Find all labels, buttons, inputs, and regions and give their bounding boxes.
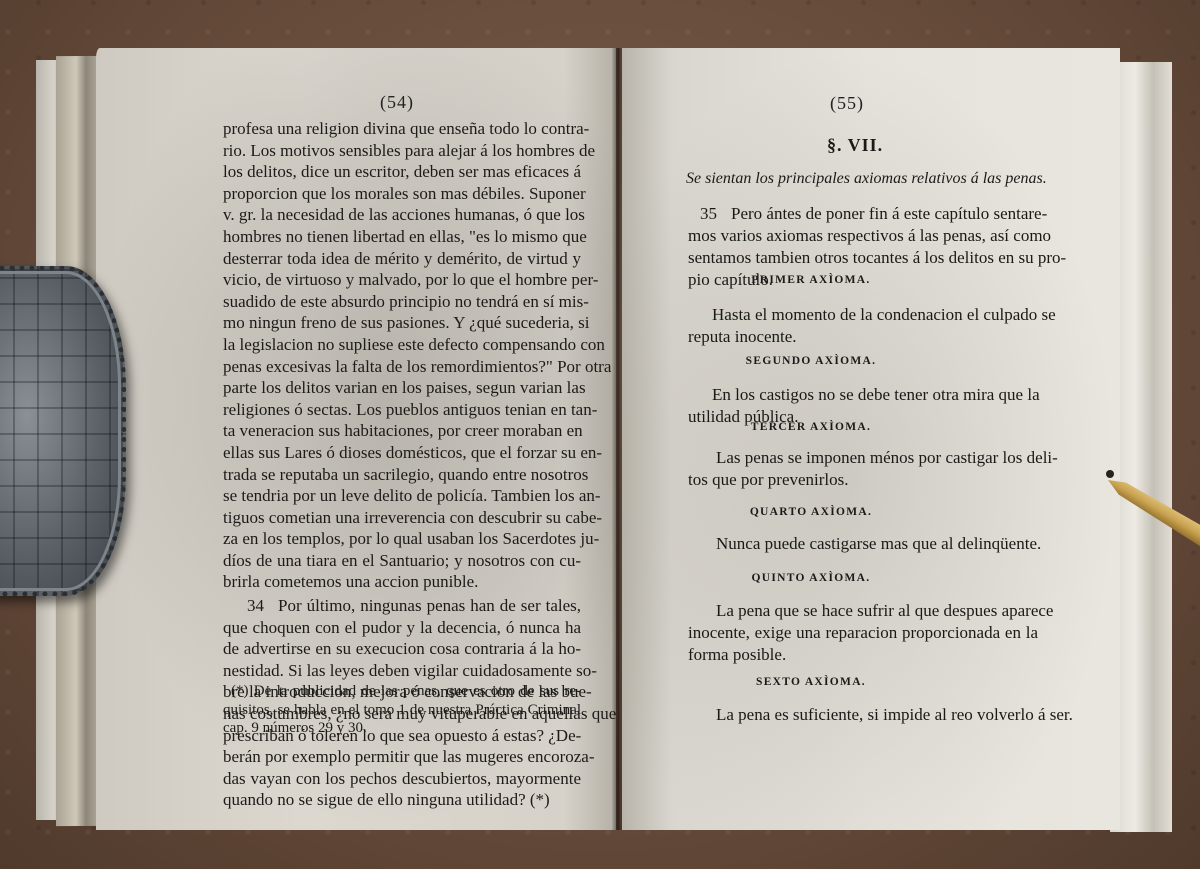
text-line: la legislacion no supliese este defecto …	[223, 334, 581, 356]
text-line: sentamos tambien otros tocantes á los de…	[688, 247, 1038, 269]
text-line: quando no se sigue de ello ninguna utili…	[223, 789, 581, 811]
footnote-line: cap. 9 números 29 y 30.	[223, 719, 581, 738]
axiom-heading: QUARTO AXÌOMA.	[622, 506, 1060, 518]
text-line: 34Por último, ningunas penas han de ser …	[223, 595, 581, 617]
axiom-heading: SEGUNDO AXÌOMA.	[622, 355, 1060, 367]
paragraph-number: 34	[247, 596, 264, 615]
text-line: suadido de este absurdo principio no ten…	[223, 291, 581, 313]
text-line: Nunca puede castigarse mas que al delinq…	[688, 533, 1038, 555]
text-line: vicio, de virtuoso y malvado, por lo que…	[223, 269, 581, 291]
page-number-right: (55)	[830, 93, 864, 114]
text-line: 35Pero ántes de poner fin á este capítul…	[688, 203, 1038, 225]
text-line: Las penas se imponen ménos por castigar …	[688, 447, 1038, 469]
text-line: profesa una religion divina que enseña t…	[223, 118, 581, 140]
text-line: rio. Los motivos sensibles para alejar á…	[223, 140, 581, 162]
text-line: ellas sus Lares ó dioses domésticos, que…	[223, 442, 581, 464]
text-line: mos varios axiomas respectivos á las pen…	[688, 225, 1038, 247]
text-line: los delitos, dice un escritor, deben ser…	[223, 161, 581, 183]
axiom-text: Las penas se imponen ménos por castigar …	[688, 447, 1038, 491]
left-body-text: profesa una religion divina que enseña t…	[223, 118, 581, 593]
footnote-line: quisitos, se habla en el tomo 1 de nuest…	[223, 701, 581, 720]
text-line: En los castigos no se debe tener otra mi…	[688, 384, 1038, 406]
text-line: trada se reputaba un sacrilegio, quando …	[223, 464, 581, 486]
axiom-heading: TERCER AXÌOMA.	[622, 421, 1060, 433]
axiom-text: La pena es suficiente, si impide al reo …	[688, 704, 1038, 726]
footnote: (*) De la publicidad de las penas, que e…	[223, 682, 581, 738]
page-number-left: (54)	[380, 92, 414, 113]
axiom-text: Nunca puede castigarse mas que al delinq…	[688, 533, 1038, 555]
text-line: de advertirse en su execucion cosa contr…	[223, 638, 581, 660]
axiom-text: Hasta el momento de la condenacion el cu…	[688, 304, 1038, 348]
text-line-content: Por último, ningunas penas han de ser ta…	[278, 596, 581, 615]
left-page: (54) profesa una religion divina que ens…	[96, 48, 616, 830]
text-line: que choquen con el pudor y la decencia, …	[223, 617, 581, 639]
text-line: tiguos cometian una irreverencia con des…	[223, 507, 581, 529]
text-line: desterrar toda idea de mérito y demérito…	[223, 248, 581, 270]
text-line: inocente, exige una reparacion proporcio…	[688, 622, 1038, 644]
axiom-heading: SEXTO AXÌOMA.	[622, 676, 1060, 688]
text-line: forma posible.	[688, 644, 1038, 666]
axiom-heading: QUINTO AXÌOMA.	[622, 572, 1060, 584]
text-line: ta veneracion sus habitaciones, por cree…	[223, 420, 581, 442]
axiom-heading: PRIMER AXÌOMA.	[622, 274, 1060, 286]
right-page: (55) §. VII. Se sientan los principales …	[622, 48, 1120, 830]
text-line: berán por exemplo permitir que las muger…	[223, 746, 581, 768]
section-title: Se sientan los principales axiomas relat…	[686, 170, 1047, 188]
text-line: reputa inocente.	[688, 326, 1038, 348]
text-line: díos de una tiara en el Santuario; y nos…	[223, 550, 581, 572]
text-line: tos que por prevenirlos.	[688, 469, 1038, 491]
text-line: mo ningun freno de sus pasiones. Y ¿qué …	[223, 312, 581, 334]
text-line: brirla cometemos una accion punible.	[223, 571, 581, 593]
text-line-content: Pero ántes de poner fin á este capítulo …	[731, 204, 1047, 223]
pencil-tip	[1106, 470, 1114, 478]
text-line: parte los delitos varian en los paises, …	[223, 377, 581, 399]
text-line: das vayan con los pechos descubiertos, m…	[223, 768, 581, 790]
text-line: La pena que se hace sufrir al que despue…	[688, 600, 1038, 622]
text-line: Hasta el momento de la condenacion el cu…	[688, 304, 1038, 326]
text-line: za en los templos, por lo qual usaban lo…	[223, 528, 581, 550]
text-line: religiones ó sectas. Los pueblos antiguo…	[223, 399, 581, 421]
section-mark: §. VII.	[827, 135, 883, 156]
footnote-line: (*) De la publicidad de las penas, que e…	[223, 682, 581, 701]
text-line: penas excesivas la falta de los remordim…	[223, 356, 581, 378]
text-line: hombres no tienen libertad en ellas, "es…	[223, 226, 581, 248]
axiom-text: La pena que se hace sufrir al que despue…	[688, 600, 1038, 666]
text-line: proporcion que los morales son mas débil…	[223, 183, 581, 205]
pewter-bookmark-icon	[0, 266, 126, 596]
text-line: nestidad. Si las leyes deben vigilar cui…	[223, 660, 581, 682]
text-line: La pena es suficiente, si impide al reo …	[688, 704, 1038, 726]
text-line: v. gr. la necesidad de las acciones huma…	[223, 204, 581, 226]
paragraph-number: 35	[700, 204, 717, 223]
text-line: se tendria por un leve delito de policía…	[223, 485, 581, 507]
